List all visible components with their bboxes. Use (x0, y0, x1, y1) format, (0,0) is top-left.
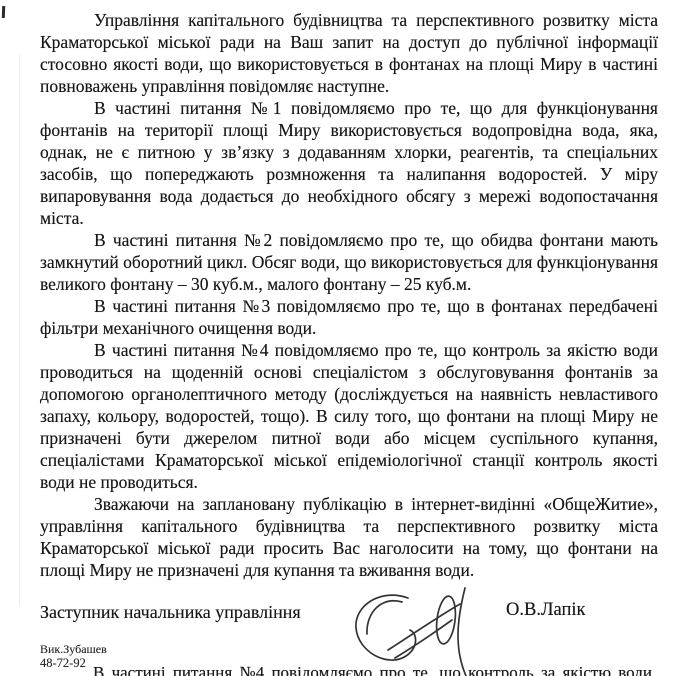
scan-artifact-mark (2, 6, 5, 18)
handwritten-signature-icon (340, 580, 480, 676)
paragraph-closing: Зважаючи на заплановану публікацію в інт… (40, 493, 658, 581)
paragraph-question-3: В частині питання №3 повідомляємо про те… (40, 295, 658, 339)
cutoff-bleed-line: В частині питання №4 повідомляємо про те… (93, 664, 660, 676)
signoff-signer-name: О.В.Лапік (506, 600, 586, 621)
executor-name: Вик.Зубашев (40, 642, 107, 657)
paragraph-question-4: В частині питання №4 повідомляємо про те… (40, 339, 658, 493)
scanned-letter-page: Управління капітального будівництва та п… (0, 0, 700, 676)
executor-phone: 48-72-92 (40, 656, 86, 671)
signoff-position-title: Заступник начальника управління (40, 602, 301, 623)
cutoff-bleed-text: В частині питання №4 повідомляємо про те… (93, 664, 660, 676)
paragraph-question-1: В частині питання №1 повідомляємо про те… (40, 97, 658, 229)
paragraph-question-2: В частині питання №2 повідомляємо про те… (40, 229, 658, 295)
scan-artifact-line (19, 55, 20, 605)
letter-body: Управління капітального будівництва та п… (40, 9, 658, 581)
paragraph-intro: Управління капітального будівництва та п… (40, 9, 658, 97)
